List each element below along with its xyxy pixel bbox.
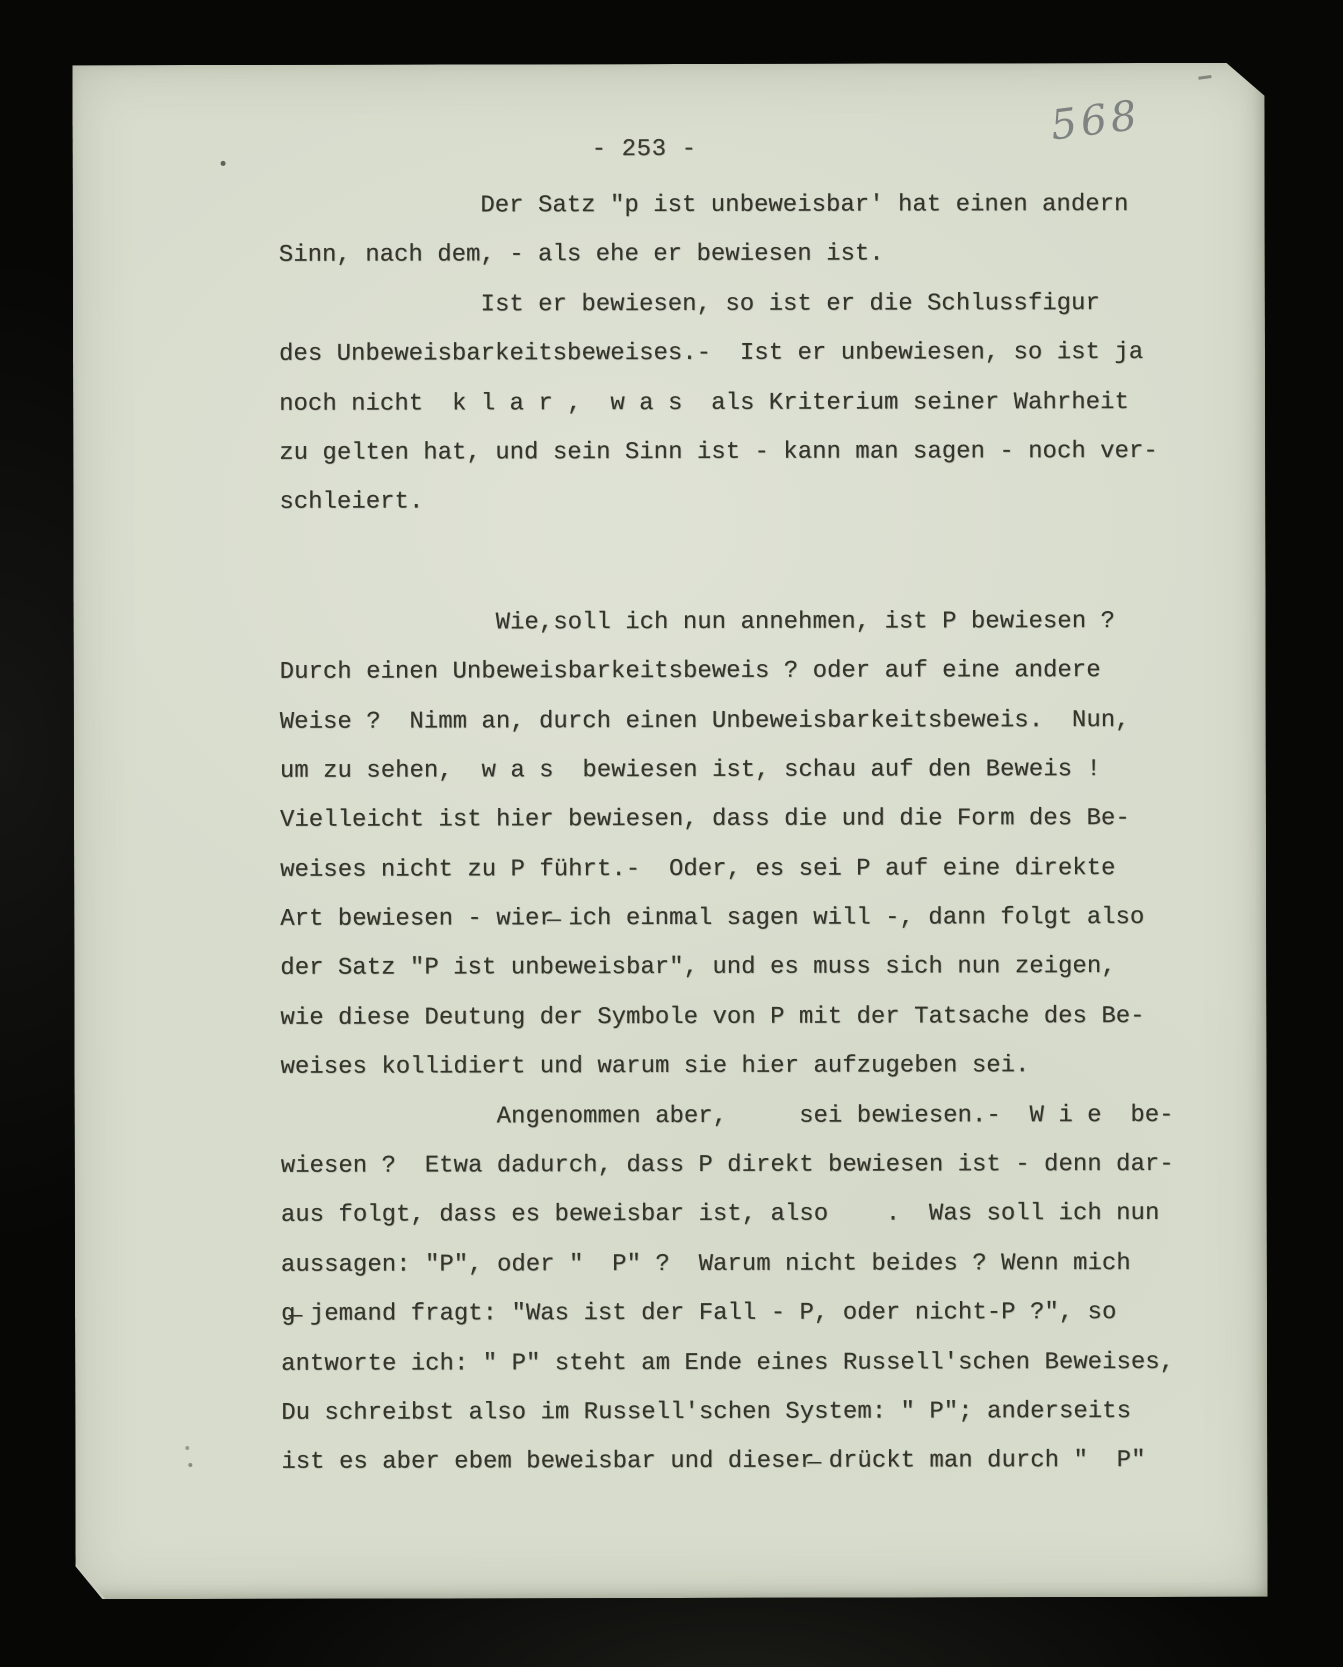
- pencil-dash-mark: [1198, 75, 1211, 80]
- typescript-line: Sinn, nach dem, - als ehe er bewiesen is…: [279, 229, 1172, 280]
- typescript-line: der Satz "P ist unbeweisbar", und es mus…: [280, 942, 1173, 993]
- typescript-line: aussagen: "P", oder " P" ? Warum nicht b…: [281, 1239, 1174, 1290]
- page-corner-fold: [76, 1563, 106, 1599]
- typescript-line: ist es aber ebem beweisbar und dieser̶ d…: [281, 1436, 1174, 1487]
- typescript-line: Weise ? Nimm an, durch einen Unbeweisbar…: [280, 695, 1173, 746]
- typescript-line: Durch einen Unbeweisbarkeitsbeweis ? ode…: [280, 646, 1173, 697]
- typescript-line: Du schreibst also im Russell'schen Syste…: [281, 1387, 1174, 1438]
- paper-speck: [221, 161, 226, 166]
- typescript-line: weises nicht zu P führt.- Oder, es sei P…: [280, 844, 1173, 895]
- typescript-line: um zu sehen, w a s bewiesen ist, schau a…: [280, 745, 1173, 796]
- typescript-text: Der Satz "p ist unbeweisbar' hat einen a…: [279, 180, 1175, 1488]
- typescript-line: Der Satz "p ist unbeweisbar' hat einen a…: [279, 180, 1172, 231]
- typescript-line: Ist er bewiesen, so ist er die Schlussfi…: [279, 279, 1172, 330]
- typescript-line: wie diese Deutung der Symbole von P mit …: [280, 992, 1173, 1043]
- typescript-line: weises kollidiert und warum sie hier auf…: [280, 1041, 1173, 1092]
- paper-speck: [185, 1446, 189, 1450]
- typescript-line: des Unbeweisbarkeitsbeweises.- Ist er un…: [279, 328, 1172, 379]
- typescript-line: schleiert.: [279, 476, 1172, 527]
- photograph-background: - 253 - 568 Der Satz "p ist unbeweisbar'…: [0, 0, 1343, 1667]
- typescript-line: zu gelten hat, und sein Sinn ist - kann …: [279, 427, 1172, 478]
- typescript-line: antworte ich: " P" steht am Ende eines R…: [281, 1338, 1174, 1389]
- page-number: - 253 -: [592, 134, 697, 166]
- typescript-page: - 253 - 568 Der Satz "p ist unbeweisbar'…: [72, 63, 1267, 1599]
- typescript-line: wiesen ? Etwa dadurch, dass P direkt bew…: [281, 1140, 1174, 1191]
- typescript-line: Angenommen aber, sei bewiesen.- W i e be…: [281, 1091, 1174, 1142]
- typescript-line: g̶ jemand fragt: "Was ist der Fall - P, …: [281, 1288, 1174, 1339]
- typescript-line: Art bewiesen - wier̶ ich einmal sagen wi…: [280, 893, 1173, 944]
- typescript-line: noch nicht k l a r , w a s als Kriterium…: [279, 378, 1172, 429]
- paragraph-gap: [279, 526, 1172, 599]
- handwritten-folio-number: 568: [1048, 91, 1144, 150]
- typescript-line: aus folgt, dass es beweisbar ist, also .…: [281, 1189, 1174, 1240]
- typescript-line: Wie,soll ich nun annehmen, ist P bewiese…: [280, 597, 1173, 648]
- paper-speck: [188, 1463, 192, 1467]
- typescript-line: Vielleicht ist hier bewiesen, dass die u…: [280, 794, 1173, 845]
